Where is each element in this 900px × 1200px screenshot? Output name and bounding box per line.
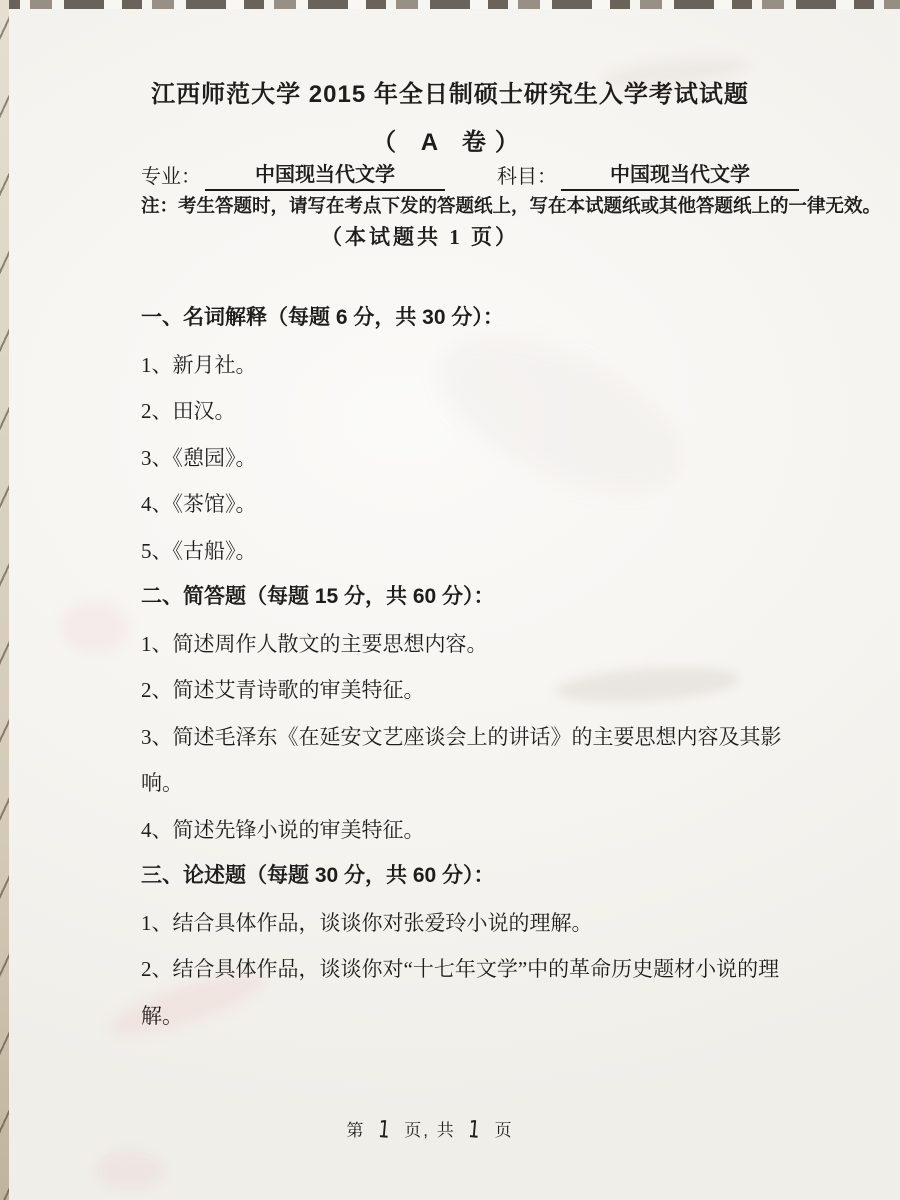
question-item: 2、简述艾青诗歌的审美特征。 bbox=[141, 667, 797, 714]
handwritten-page-number: 1 bbox=[377, 1116, 393, 1145]
meta-row: 专业： 中国现当代文学 科目： 中国现当代文学 bbox=[141, 158, 801, 191]
question-item: 3、《憩园》。 bbox=[141, 435, 797, 482]
exam-paper-scan: 江西师范大学 2015 年全日制硕士研究生入学考试试题 （ A 卷） 专业： 中… bbox=[0, 0, 900, 1200]
paper-variant-label: （ A 卷） bbox=[0, 122, 900, 157]
question-item: 1、简述周作人散文的主要思想内容。 bbox=[141, 621, 797, 668]
question-item: 2、田汉。 bbox=[141, 388, 797, 435]
footer-middle: 页, 共 bbox=[404, 1121, 455, 1140]
page-footer: 第 1 页, 共 1 页 bbox=[0, 1116, 860, 1141]
scan-smudge bbox=[95, 1150, 165, 1190]
question-body: 一、名词解释（每题 6 分，共 30 分）： 1、新月社。 2、田汉。 3、《憩… bbox=[141, 295, 797, 1039]
question-item: 1、新月社。 bbox=[141, 342, 797, 389]
section-heading-3: 三、论述题（每题 30 分，共 60 分）： bbox=[141, 853, 797, 900]
document-title: 江西师范大学 2015 年全日制硕士研究生入学考试试题 bbox=[30, 74, 870, 109]
footer-prefix: 第 bbox=[346, 1121, 365, 1140]
scan-top-artifact-band bbox=[0, 0, 900, 9]
section-heading-2: 二、简答题（每题 15 分，共 60 分）： bbox=[141, 574, 797, 621]
page-count-line: （本试题共 1 页） bbox=[0, 221, 840, 251]
question-item: 4、《茶馆》。 bbox=[141, 481, 797, 528]
major-label: 专业： bbox=[141, 160, 201, 191]
scan-smudge bbox=[60, 600, 130, 655]
scan-edge-texture bbox=[0, 0, 9, 1200]
question-item: 5、《古船》。 bbox=[141, 528, 797, 575]
question-item: 3、简述毛泽东《在延安文艺座谈会上的讲话》的主要思想内容及其影响。 bbox=[141, 714, 797, 807]
question-item: 1、结合具体作品，谈谈你对张爱玲小说的理解。 bbox=[141, 900, 797, 947]
footer-suffix: 页 bbox=[495, 1121, 514, 1140]
question-item: 2、结合具体作品，谈谈你对“十七年文学”中的革命历史题材小说的理解。 bbox=[141, 946, 797, 1039]
subject-label: 科目： bbox=[497, 160, 557, 191]
question-item: 4、简述先锋小说的审美特征。 bbox=[141, 807, 797, 854]
section-heading-1: 一、名词解释（每题 6 分，共 30 分）： bbox=[141, 295, 797, 342]
major-value: 中国现当代文学 bbox=[205, 158, 445, 191]
handwritten-total-pages: 1 bbox=[467, 1116, 483, 1145]
exam-note: 注：考生答题时，请写在考点下发的答题纸上，写在本试题纸或其他答题纸上的一律无效。 bbox=[141, 192, 821, 218]
subject-value: 中国现当代文学 bbox=[561, 158, 799, 191]
scan-left-page-edge bbox=[0, 0, 9, 1200]
